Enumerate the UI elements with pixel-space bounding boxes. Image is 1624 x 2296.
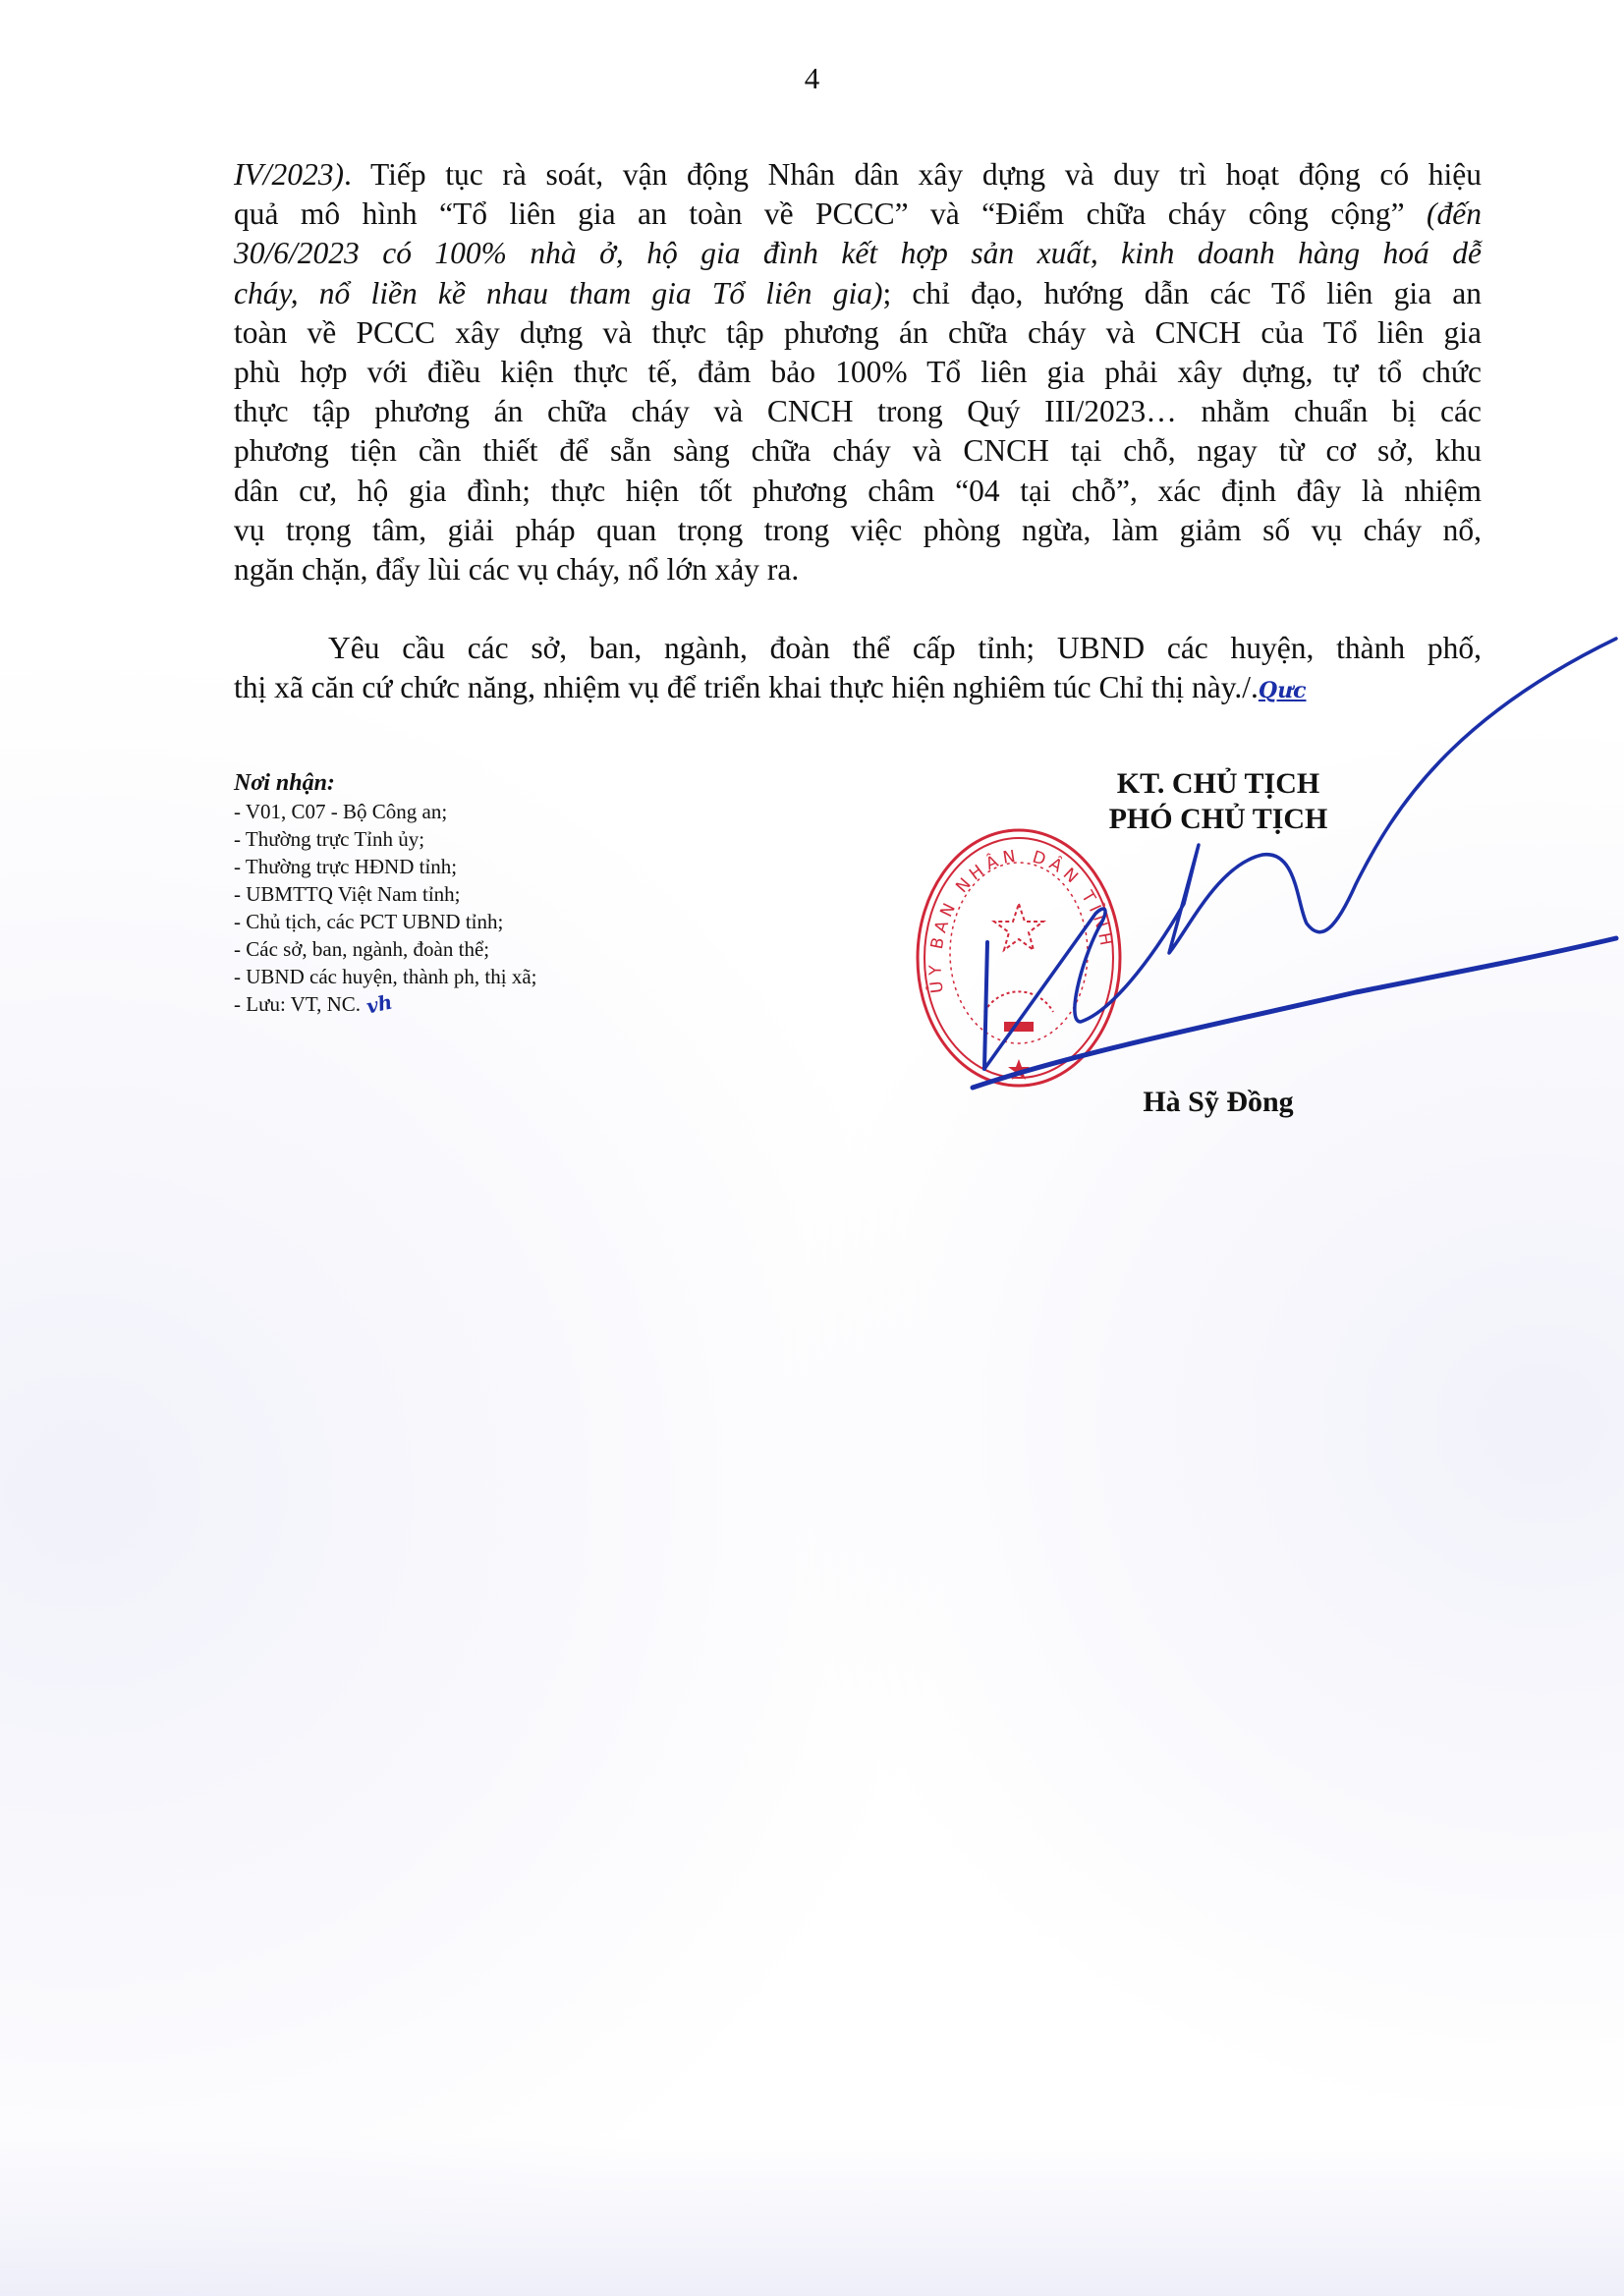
- body-line: thị xã căn cứ chức năng, nhiệm vụ để tri…: [234, 668, 1482, 707]
- signer-name: Hà Sỹ Đồng: [1032, 1086, 1405, 1119]
- recipients-list: - V01, C07 - Bộ Công an;- Thường trực Tỉ…: [234, 798, 537, 1018]
- recipient-item: - Chủ tịch, các PCT UBND tỉnh;: [234, 908, 537, 935]
- recipient-item: - Lưu: VT, NC.vh: [234, 990, 537, 1018]
- recipient-item: - Các sở, ban, ngành, đoàn thể;: [234, 935, 537, 963]
- recipient-item: - UBND các huyện, thành ph, thị xã;: [234, 963, 537, 990]
- body-line: thực tập phương án chữa cháy và CNCH tro…: [234, 392, 1482, 431]
- body-line: vụ trọng tâm, giải pháp quan trọng trong…: [234, 511, 1482, 550]
- italic-text: cháy, nổ liền kề nhau tham gia Tổ liên g…: [234, 276, 882, 310]
- body-line: dân cư, hộ gia đình; thực hiện tốt phươn…: [234, 472, 1482, 511]
- body-line: phù hợp với điều kiện thực tế, đảm bảo 1…: [234, 353, 1482, 392]
- italic-text: IV/2023): [234, 157, 344, 192]
- body-line: Yêu cầu các sở, ban, ngành, đoàn thể cấp…: [234, 629, 1482, 668]
- text: . Tiếp tục rà soát, vận động Nhân dân xâ…: [344, 157, 1482, 192]
- recipient-item: - V01, C07 - Bộ Công an;: [234, 798, 537, 825]
- svg-text:ỦY BAN NHÂN DÂN TỈNH: ỦY BAN NHÂN DÂN TỈNH: [924, 846, 1116, 994]
- body-line: phương tiện cần thiết để sẵn sàng chữa c…: [234, 431, 1482, 471]
- text: phù hợp với điều kiện thực tế, đảm bảo 1…: [234, 355, 1482, 389]
- official-stamp-icon: ỦY BAN NHÂN DÂN TỈNH: [914, 825, 1125, 1091]
- text: ; chỉ đạo, hướng dẫn các Tổ liên gia an: [882, 276, 1482, 310]
- body-line: 30/6/2023 có 100% nhà ở, hộ gia đình kết…: [234, 234, 1482, 273]
- signature-title-line-1: KT. CHỦ TỊCH: [1032, 766, 1405, 802]
- recipients-title: Nơi nhận:: [234, 768, 537, 798]
- body-line: toàn về PCCC xây dựng và thực tập phương…: [234, 313, 1482, 353]
- text: ngăn chặn, đẩy lùi các vụ cháy, nổ lớn x…: [234, 552, 799, 587]
- recipients-block: Nơi nhận: - V01, C07 - Bộ Công an;- Thườ…: [234, 768, 537, 1018]
- body-line: quả mô hình “Tổ liên gia an toàn về PCCC…: [234, 195, 1482, 234]
- italic-text: 30/6/2023 có 100% nhà ở, hộ gia đình kết…: [234, 236, 1482, 270]
- handwritten-initials-icon: vh: [364, 988, 394, 1021]
- recipient-item: - UBMTTQ Việt Nam tỉnh;: [234, 880, 537, 908]
- body-line: cháy, nổ liền kề nhau tham gia Tổ liên g…: [234, 274, 1482, 313]
- text: toàn về PCCC xây dựng và thực tập phương…: [234, 315, 1482, 350]
- handwritten-initials-icon: Qưc: [1259, 678, 1307, 703]
- recipient-item: - Thường trực Tỉnh ủy;: [234, 825, 537, 853]
- page-number: 4: [0, 61, 1624, 96]
- recipient-item: - Thường trực HĐND tỉnh;: [234, 853, 537, 880]
- text: vụ trọng tâm, giải pháp quan trọng trong…: [234, 513, 1482, 547]
- text: quả mô hình “Tổ liên gia an toàn về PCCC…: [234, 196, 1427, 231]
- italic-text: (đến: [1427, 196, 1482, 231]
- text: phương tiện cần thiết để sẵn sàng chữa c…: [234, 433, 1482, 468]
- body-line: IV/2023). Tiếp tục rà soát, vận động Nhâ…: [234, 155, 1482, 195]
- text: dân cư, hộ gia đình; thực hiện tốt phươn…: [234, 474, 1482, 508]
- text: thực tập phương án chữa cháy và CNCH tro…: [234, 394, 1482, 428]
- body-line: ngăn chặn, đẩy lùi các vụ cháy, nổ lớn x…: [234, 550, 1482, 589]
